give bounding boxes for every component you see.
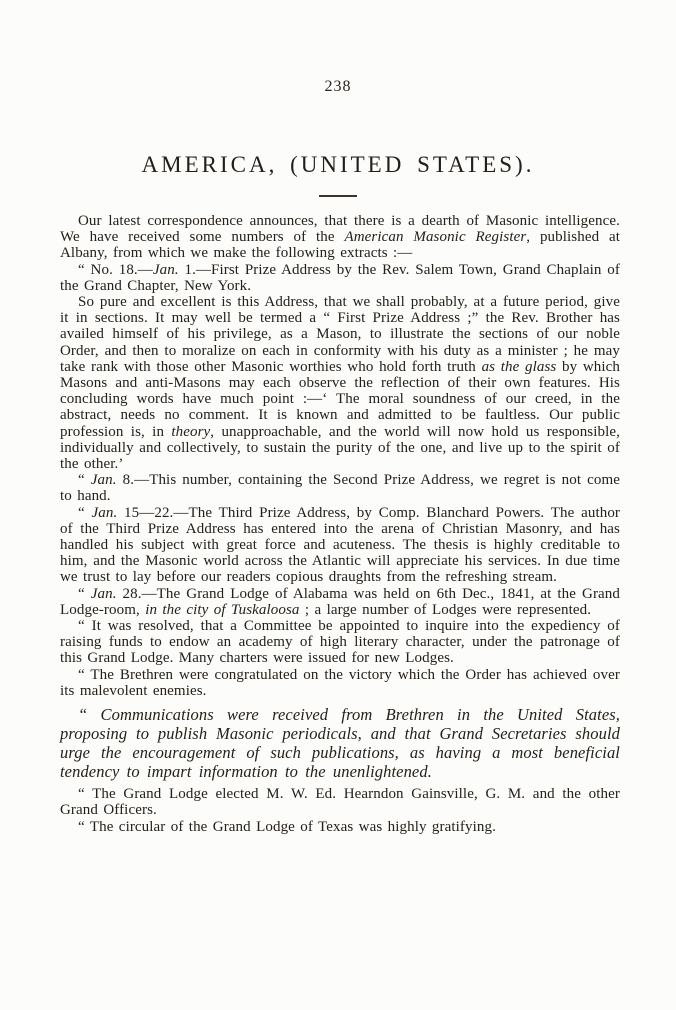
paragraph: So pure and excellent is this Address, t… <box>60 294 620 472</box>
paragraph: “ No. 18.—Jan. 1.—First Prize Address by… <box>60 262 620 294</box>
paragraph: “ Jan. 15—22.—The Third Prize Address, b… <box>60 505 620 586</box>
document-page: 238 AMERICA, (UNITED STATES). Our latest… <box>0 0 676 1010</box>
italic-text: Jan. <box>91 472 117 488</box>
italic-text: theory <box>171 424 210 440</box>
paragraph: “ The Brethren were congratulated on the… <box>60 667 620 699</box>
text: “ The Grand Lodge elected M. W. Ed. Hear… <box>60 786 620 818</box>
italic-text: Jan. <box>153 262 179 278</box>
paragraph: “ The Grand Lodge elected M. W. Ed. Hear… <box>60 786 620 818</box>
italic-text: in the city of Tuskaloosa <box>145 602 299 618</box>
paragraph: “ The circular of the Grand Lodge of Tex… <box>60 819 620 835</box>
paragraph: “ Jan. 28.—The Grand Lodge of Alabama wa… <box>60 586 620 618</box>
page-title: AMERICA, (UNITED STATES). <box>0 152 676 178</box>
page-number: 238 <box>0 0 676 96</box>
italic-text: as the glass <box>482 359 557 375</box>
text: 8.—This number, containing the Second Pr… <box>60 472 620 504</box>
italic-text: Jan. <box>91 586 117 602</box>
italic-text: Jan. <box>92 505 118 521</box>
text: “ No. 18.— <box>78 262 153 278</box>
text: “ The Brethren were congratulated on the… <box>60 667 620 699</box>
italic-text: “ Communications were received from Bret… <box>60 705 620 781</box>
title-divider <box>319 195 357 197</box>
italic-text: American Masonic Register <box>344 229 526 245</box>
text: “ <box>78 586 91 602</box>
text: “ It was resolved, that a Committee be a… <box>60 618 620 666</box>
paragraph: “ Jan. 8.—This number, containing the Se… <box>60 472 620 504</box>
paragraph: Our latest correspondence announces, tha… <box>60 213 620 262</box>
text: “ The circular of the Grand Lodge of Tex… <box>78 819 496 835</box>
paragraph: “ Communications were received from Bret… <box>60 705 620 781</box>
text: “ <box>78 472 91 488</box>
text: “ <box>78 505 92 521</box>
article-body: Our latest correspondence announces, tha… <box>60 213 620 835</box>
text: 15—22.—The Third Prize Address, by Comp.… <box>60 505 620 586</box>
text: ; a large number of Lodges were represen… <box>300 602 592 618</box>
paragraph: “ It was resolved, that a Committee be a… <box>60 618 620 667</box>
